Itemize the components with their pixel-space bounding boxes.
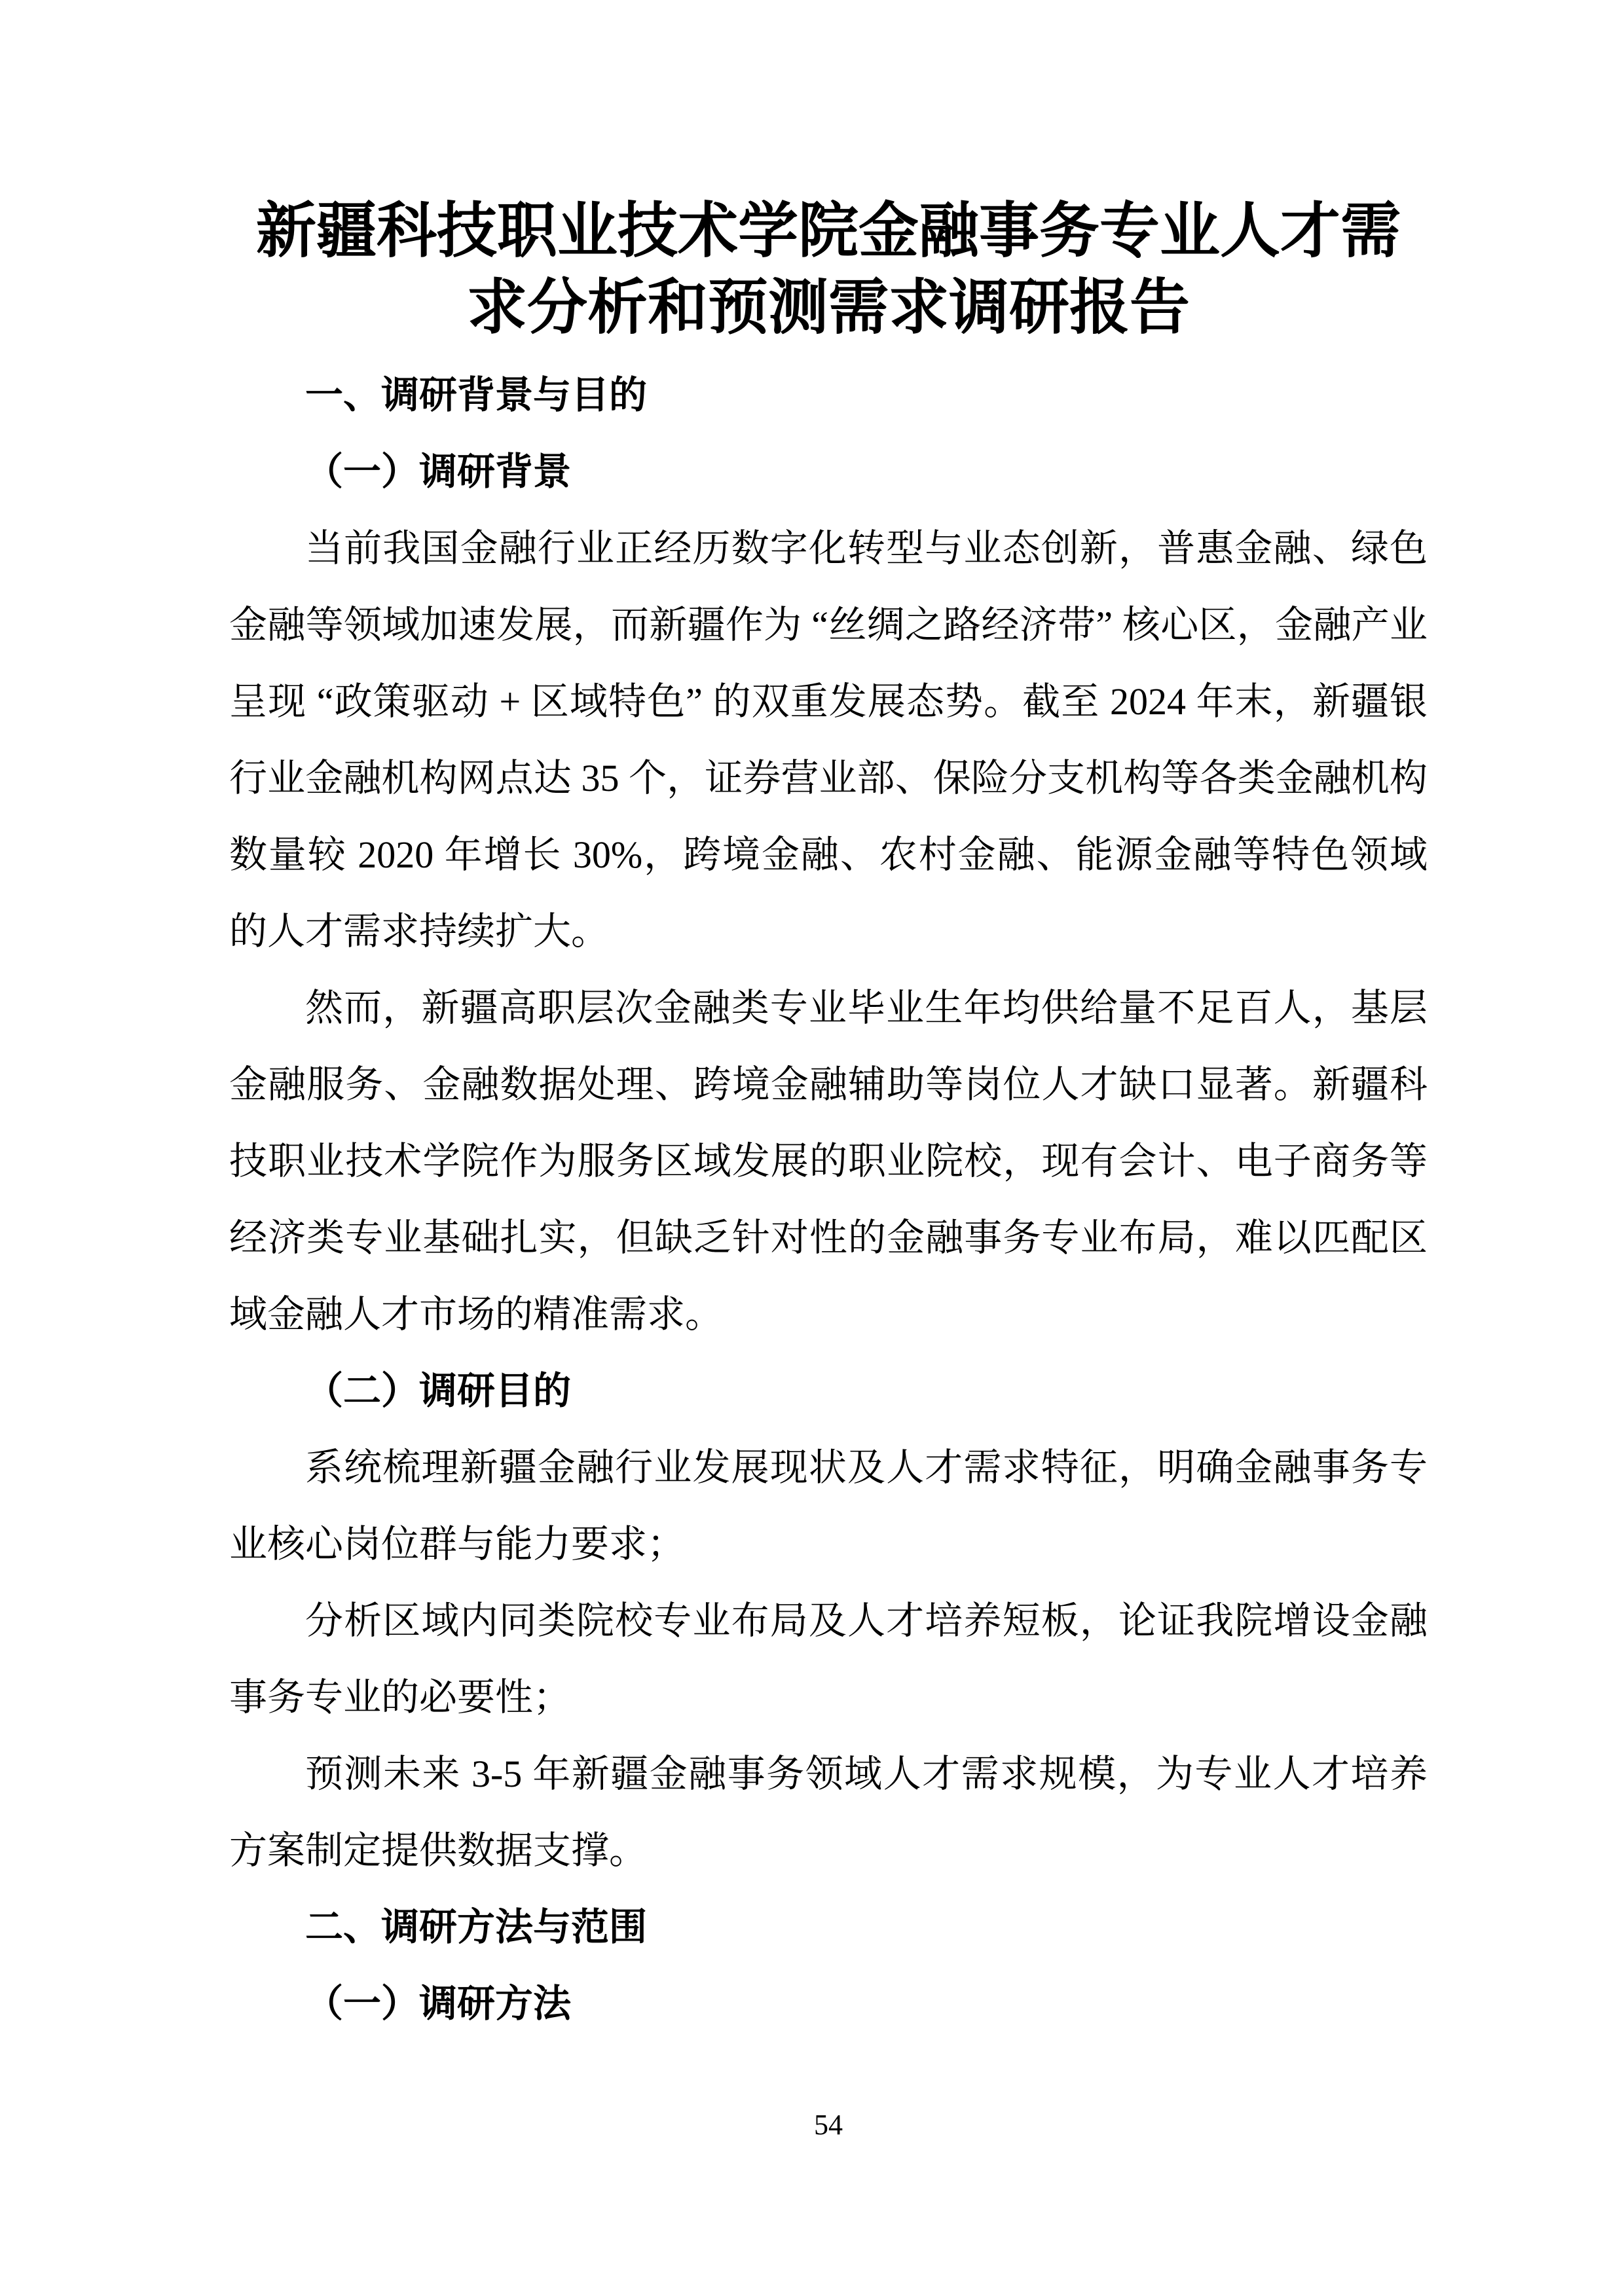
section-heading-survey-methods-and-scope: 二、调研方法与范围	[229, 1889, 1428, 1965]
document-content: 新疆科技职业技术学院金融事务专业人才需 求分析和预测需求调研报告 一、调研背景与…	[229, 193, 1428, 2042]
paragraph-purpose-demand-forecast: 预测未来 3-5 年新疆金融事务领域人才需求规模，为专业人才培养方案制定提供数据…	[229, 1736, 1428, 1889]
document-title: 新疆科技职业技术学院金融事务专业人才需 求分析和预测需求调研报告	[229, 193, 1428, 346]
document-page: 新疆科技职业技术学院金融事务专业人才需 求分析和预测需求调研报告 一、调研背景与…	[0, 0, 1624, 2296]
section-heading-survey-background-and-purpose: 一、调研背景与目的	[229, 357, 1428, 433]
document-title-line-2: 求分析和预测需求调研报告	[229, 270, 1428, 346]
subsection-heading-survey-background: （一）调研背景	[229, 433, 1428, 510]
paragraph-finance-industry-overview: 当前我国金融行业正经历数字化转型与业态创新，普惠金融、绿色金融等领域加速发展，而…	[229, 510, 1428, 970]
document-title-line-1: 新疆科技职业技术学院金融事务专业人才需	[229, 193, 1428, 270]
subsection-heading-survey-purpose: （二）调研目的	[229, 1353, 1428, 1429]
paragraph-talent-supply-gap: 然而，新疆高职层次金融类专业毕业生年均供给量不足百人，基层金融服务、金融数据处理…	[229, 970, 1428, 1353]
paragraph-purpose-position-requirements: 系统梳理新疆金融行业发展现状及人才需求特征，明确金融事务专业核心岗位群与能力要求…	[229, 1429, 1428, 1582]
subsection-heading-survey-methods: （一）调研方法	[229, 1965, 1428, 2042]
paragraph-purpose-program-necessity: 分析区域内同类院校专业布局及人才培养短板，论证我院增设金融事务专业的必要性；	[229, 1582, 1428, 1736]
page-number: 54	[229, 2108, 1428, 2142]
